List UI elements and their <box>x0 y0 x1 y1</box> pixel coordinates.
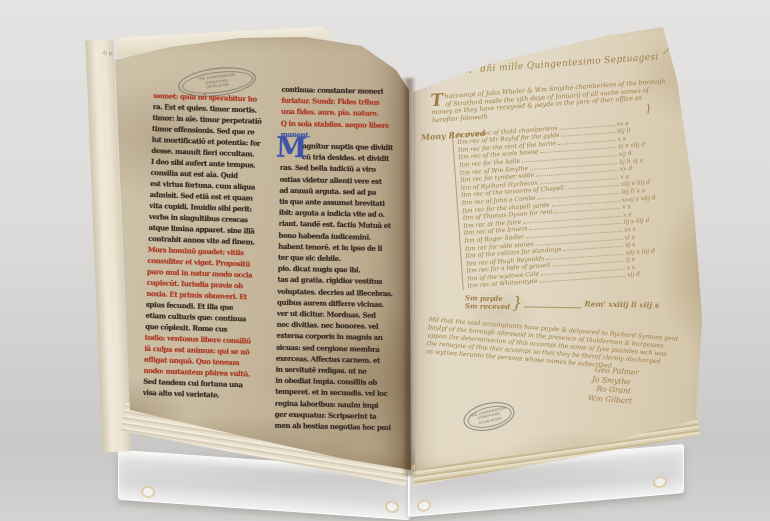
sum-amount: Rem' xxiiij li viij s <box>584 299 659 309</box>
pencil-annotation: 6 p <box>103 50 113 57</box>
sum-rule-line <box>524 299 581 308</box>
stand-foot <box>141 485 155 498</box>
flourished-initial: T <box>430 93 444 108</box>
memorandum-paragraph: Md that the said accomptants have payde … <box>426 316 680 376</box>
stamp-text: STRATFORD <box>205 78 229 85</box>
leader-line <box>539 276 625 283</box>
stamp-text: STRATFORD <box>477 412 501 422</box>
stand-foot <box>385 500 399 513</box>
stand-foot <box>417 499 431 512</box>
signatures-block: Geo PalmerJo SmytheRo GrantWm Gilbart <box>552 362 670 408</box>
stamp-text: UPON AVON <box>206 83 229 90</box>
sum-line: Sm payde Sm receved } Rem' xxiiij li vii… <box>465 292 659 314</box>
illuminated-initial: M <box>276 136 307 161</box>
ledger-entries: In pmis rec of thold chamberlens xx s It… <box>452 117 670 291</box>
manuscript-left-page: THE CORPORATION STRATFORD UPON AVON ueme… <box>100 30 412 475</box>
text-line: men ab bestias negotias hoc pmi <box>274 420 402 433</box>
manuscript-right-page: A° dñi mille Quingentesimo Septuagesi / … <box>405 18 717 478</box>
sum-labels: Sm payde Sm receved <box>465 294 510 311</box>
left-page-column-1: uemet: quia nō sperabitur ho ra. Est et … <box>143 90 278 402</box>
stamp-text: THE CORPORATION <box>198 73 236 82</box>
stamp-text: THE CORPORATION <box>469 406 506 419</box>
library-stamp-right: THE CORPORATION STRATFORD UPON AVON <box>461 397 518 435</box>
ledger-amount: xij d <box>627 269 669 279</box>
book-gutter <box>402 78 416 476</box>
brace-mark: } <box>512 293 523 312</box>
sum-received-label: Sm receved <box>465 302 510 311</box>
preamble-lines: haccompt of John Wheler & Wm Smythe cham… <box>431 78 665 124</box>
stamp-text: UPON AVON <box>478 416 501 426</box>
photo-scene: THE CORPORATION STRATFORD UPON AVON ueme… <box>0 0 770 521</box>
